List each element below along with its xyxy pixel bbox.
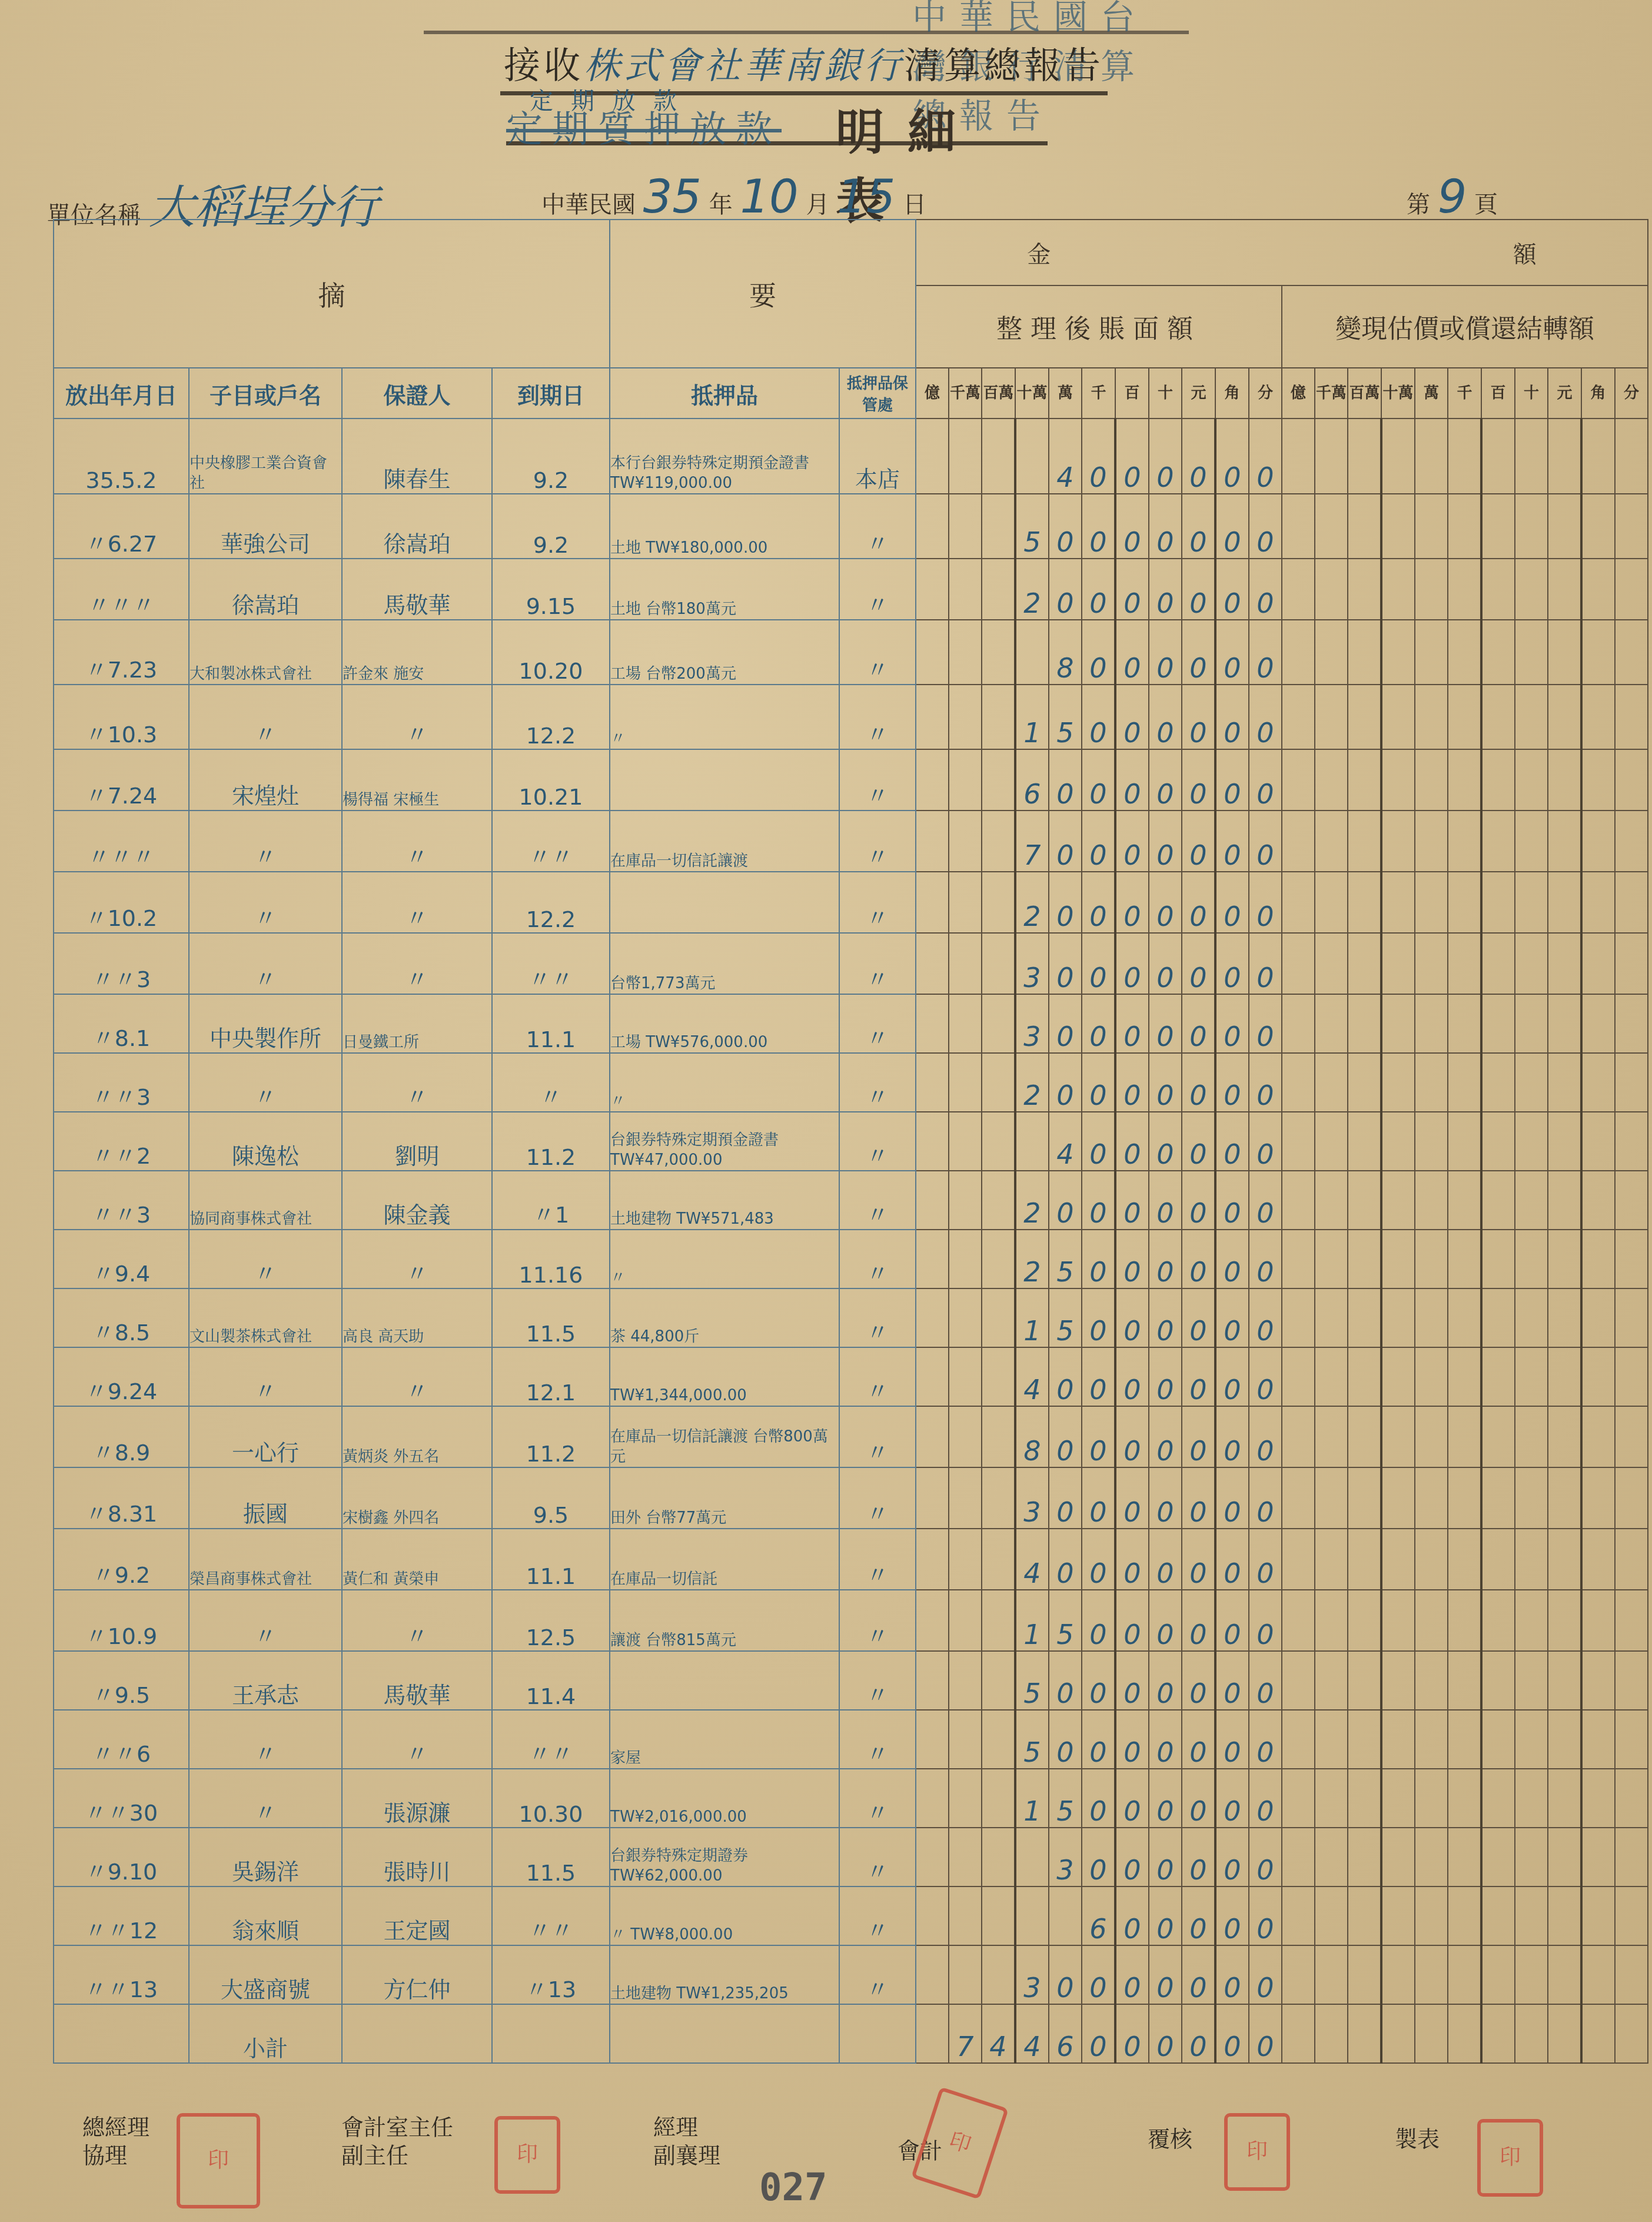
book-value-digit — [982, 1710, 1015, 1769]
book-value-digit: 0 — [1215, 1945, 1249, 2004]
realizable-digit — [1481, 933, 1515, 994]
summary-header-right: 要 — [610, 220, 916, 368]
book-value-digit: 0 — [1049, 1529, 1082, 1590]
book-value-digit: 0 — [1082, 1112, 1115, 1171]
book-value-digit: 0 — [1182, 1230, 1215, 1288]
book-value-digit: 0 — [1215, 1651, 1249, 1710]
realizable-digit — [1448, 1828, 1481, 1886]
realizable-digit — [1515, 749, 1548, 811]
book-value-digit — [916, 685, 949, 749]
realizable-digit — [1282, 1828, 1315, 1886]
book-value-digit: 0 — [1215, 811, 1249, 872]
book-value-digit: 0 — [1082, 1347, 1115, 1406]
book-value-digit — [949, 1651, 982, 1710]
book-value-digit: 0 — [1115, 749, 1149, 811]
col-loan-date: 放出年月日 — [54, 368, 189, 419]
realizable-digit — [1315, 419, 1348, 494]
book-value-digit — [916, 559, 949, 620]
subtotal-digit: 0 — [1115, 2004, 1149, 2063]
realizable-digit — [1415, 872, 1448, 933]
book-value-digit — [949, 1769, 982, 1828]
custody-cell: 〃 — [839, 1467, 916, 1529]
account-name-cell: 大盛商號 — [189, 1945, 342, 2004]
realizable-digit — [1282, 1288, 1315, 1347]
loan-date-cell: 〃8.9 — [54, 1406, 189, 1467]
custody-cell: 〃 — [839, 685, 916, 749]
realizable-digit — [1481, 1710, 1515, 1769]
realizable-digit — [1348, 419, 1381, 494]
realizable-digit — [1282, 494, 1315, 559]
book-value-digit — [982, 872, 1015, 933]
realizable-digit — [1515, 811, 1548, 872]
realizable-digit — [1315, 1529, 1348, 1590]
book-value-digit: 0 — [1182, 933, 1215, 994]
realizable-digit — [1481, 1945, 1515, 2004]
book-value-digit — [949, 933, 982, 994]
realizable-digit — [1448, 1112, 1481, 1171]
book-value-digit — [949, 994, 982, 1053]
book-value-digit: 0 — [1215, 1288, 1249, 1347]
loan-date-cell: 〃8.5 — [54, 1288, 189, 1347]
account-name-cell: 文山製茶株式會社 — [189, 1288, 342, 1347]
summary-header-left: 摘 — [54, 220, 610, 368]
custody-cell: 〃 — [839, 933, 916, 994]
book-value-digit: 6 — [1015, 749, 1049, 811]
subtotal-digit: 0 — [1249, 2004, 1282, 2063]
realizable-digit — [1381, 1945, 1415, 2004]
bank-name-handwritten: 株式會社華南銀行 — [584, 44, 904, 87]
collateral-cell: 在庫品一切信託讓渡 台幣800萬元 — [610, 1406, 839, 1467]
book-value-digit: 0 — [1115, 1886, 1149, 1945]
custody-cell: 〃 — [839, 811, 916, 872]
book-value-digit: 0 — [1249, 1230, 1282, 1288]
realizable-digit — [1315, 1769, 1348, 1828]
book-value-digit: 3 — [1015, 933, 1049, 994]
subtotal-digit — [916, 2004, 949, 2063]
realizable-digit — [1515, 1710, 1548, 1769]
book-value-digit: 3 — [1015, 1467, 1049, 1529]
realizable-digit — [1515, 494, 1548, 559]
guarantor-cell: 〃 — [342, 1710, 492, 1769]
realizable-digit — [1615, 811, 1648, 872]
realizable-digit — [1315, 749, 1348, 811]
realizable-digit — [1615, 933, 1648, 994]
guarantor-cell: 〃 — [342, 1590, 492, 1651]
due-date-cell: 9.15 — [492, 559, 610, 620]
book-value-digit: 3 — [1015, 1945, 1049, 2004]
book-value-digit — [982, 1590, 1015, 1651]
realizable-digit — [1515, 685, 1548, 749]
book-value-digit: 0 — [1115, 1945, 1149, 2004]
realizable-digit — [1448, 1769, 1481, 1828]
realizable-digit — [1315, 1171, 1348, 1230]
realizable-digit — [1315, 1710, 1348, 1769]
realizable-digit — [1381, 1529, 1415, 1590]
realizable-digit — [1615, 494, 1648, 559]
realizable-digit — [1448, 494, 1481, 559]
book-value-digit: 0 — [1115, 620, 1149, 685]
realizable-digit — [1381, 1769, 1415, 1828]
custody-cell: 〃 — [839, 1710, 916, 1769]
title-struck-text: 定期質押放款 — [506, 100, 782, 152]
book-value-digit: 0 — [1182, 1769, 1215, 1828]
realizable-digit — [1348, 933, 1381, 994]
realizable-digit — [1448, 1945, 1481, 2004]
custody-cell: 〃 — [839, 1112, 916, 1171]
book-value-digit: 0 — [1182, 872, 1215, 933]
book-value-digit — [982, 1886, 1015, 1945]
guarantor-cell: 陳春生 — [342, 419, 492, 494]
realizable-digit — [1348, 1945, 1381, 2004]
loan-date-cell: 〃9.10 — [54, 1828, 189, 1886]
realizable-digit — [1448, 811, 1481, 872]
book-value-digit — [982, 811, 1015, 872]
book-value-digit: 0 — [1182, 1112, 1215, 1171]
collateral-cell: 〃 — [610, 1230, 839, 1288]
realizable-digit — [1581, 749, 1615, 811]
realizable-digit — [1615, 1590, 1648, 1651]
realizable-digit — [1581, 685, 1615, 749]
book-value-digit: 0 — [1215, 494, 1249, 559]
document-number-stamp: 027 — [759, 2166, 827, 2210]
guarantor-cell: 黃仁和 黃榮申 — [342, 1529, 492, 1590]
realizable-digit — [1448, 1710, 1481, 1769]
realizable-digit — [1282, 749, 1315, 811]
book-value-digit: 0 — [1249, 1710, 1282, 1769]
book-value-digit: 0 — [1082, 1769, 1115, 1828]
realizable-digit — [1415, 620, 1448, 685]
realizable-digit — [1381, 1467, 1415, 1529]
realizable-digit — [1481, 1053, 1515, 1112]
book-value-digit: 4 — [1049, 419, 1082, 494]
book-value-digit: 0 — [1049, 1467, 1082, 1529]
loan-date-cell: 〃7.23 — [54, 620, 189, 685]
book-value-digit: 5 — [1015, 1651, 1049, 1710]
subtotal-label: 小計 — [189, 2004, 342, 2063]
account-name-cell: 〃 — [189, 1590, 342, 1651]
book-value-digit — [982, 1945, 1015, 2004]
realizable-digit — [1581, 1053, 1615, 1112]
book-value-header: 整理後賬面額 — [916, 285, 1282, 368]
digit-header-realizable: 分 — [1615, 368, 1648, 419]
book-value-digit — [916, 1590, 949, 1651]
digit-header: 分 — [1249, 368, 1282, 419]
digit-header-realizable: 十 — [1515, 368, 1548, 419]
book-value-digit — [949, 685, 982, 749]
realizable-digit — [1348, 1590, 1381, 1651]
due-date-cell: 9.2 — [492, 494, 610, 559]
realizable-digit — [1615, 1053, 1648, 1112]
book-value-digit — [916, 749, 949, 811]
realizable-digit — [1381, 872, 1415, 933]
book-value-digit: 0 — [1249, 1651, 1282, 1710]
guarantor-cell: 高良 高天助 — [342, 1288, 492, 1347]
realizable-digit — [1381, 559, 1415, 620]
account-name-cell: 徐嵩珀 — [189, 559, 342, 620]
realizable-value-header: 變現估價或償還結轉額 — [1282, 285, 1648, 368]
table-row: 〃6.27華強公司徐嵩珀9.2土地 TW¥180,000.00〃50000000 — [54, 494, 1648, 559]
custody-cell: 本店 — [839, 419, 916, 494]
realizable-digit — [1282, 559, 1315, 620]
realizable-digit — [1581, 1171, 1615, 1230]
account-name-cell: 榮昌商事株式會社 — [189, 1529, 342, 1590]
book-value-digit: 5 — [1049, 1769, 1082, 1828]
realizable-digit — [1415, 1406, 1448, 1467]
realizable-digit — [1381, 620, 1415, 685]
due-date-cell: 10.30 — [492, 1769, 610, 1828]
book-value-digit — [982, 620, 1015, 685]
book-value-digit: 0 — [1149, 1288, 1182, 1347]
realizable-digit — [1515, 1529, 1548, 1590]
custody-cell: 〃 — [839, 749, 916, 811]
book-value-digit: 0 — [1115, 1467, 1149, 1529]
table-row: 35.5.2中央橡膠工業合資會社陳春生9.2本行台銀券特殊定期預金證書 TW¥1… — [54, 419, 1648, 494]
realizable-digit — [1615, 1112, 1648, 1171]
book-value-digit: 0 — [1182, 494, 1215, 559]
realizable-digit — [1315, 559, 1348, 620]
realizable-digit — [1381, 1053, 1415, 1112]
loan-date-cell: 〃9.5 — [54, 1651, 189, 1710]
loan-detail-table: 摘 要 金 額 整理後賬面額 變現估價或償還結轉額 放出年月日 子目或戶名 保證… — [53, 219, 1648, 2064]
realizable-digit — [1581, 1886, 1615, 1945]
realizable-digit — [1481, 1651, 1515, 1710]
realizable-digit — [1481, 1769, 1515, 1828]
realizable-digit — [1615, 872, 1648, 933]
realizable-digit — [1548, 559, 1581, 620]
realizable-digit — [1615, 1651, 1648, 1710]
book-value-digit — [916, 811, 949, 872]
realizable-digit — [1515, 933, 1548, 994]
collateral-cell — [610, 749, 839, 811]
collateral-cell: 在庫品一切信託 — [610, 1529, 839, 1590]
book-value-digit — [949, 1230, 982, 1288]
book-value-digit — [916, 1651, 949, 1710]
collateral-cell: 台銀券特殊定期證券 TW¥62,000.00 — [610, 1828, 839, 1886]
book-value-digit: 2 — [1015, 1053, 1049, 1112]
realizable-digit — [1448, 1406, 1481, 1467]
realizable-digit — [1415, 494, 1448, 559]
realizable-digit — [1415, 1467, 1448, 1529]
book-value-digit: 0 — [1149, 1529, 1182, 1590]
collateral-cell: 讓渡 台幣815萬元 — [610, 1590, 839, 1651]
book-value-digit: 4 — [1049, 1112, 1082, 1171]
guarantor-cell: 張時川 — [342, 1828, 492, 1886]
realizable-digit — [1481, 1112, 1515, 1171]
realizable-digit — [1481, 685, 1515, 749]
book-value-digit: 0 — [1215, 1886, 1249, 1945]
custody-cell: 〃 — [839, 1945, 916, 2004]
book-value-digit: 0 — [1182, 419, 1215, 494]
subtotal-digit: 0 — [1149, 2004, 1182, 2063]
book-value-digit: 0 — [1082, 419, 1115, 494]
signoff-general-manager: 總經理 協理 — [82, 2113, 159, 2170]
realizable-digit — [1381, 1406, 1415, 1467]
realizable-digit — [1515, 1590, 1548, 1651]
book-value-digit: 0 — [1082, 872, 1115, 933]
book-value-digit — [1015, 419, 1049, 494]
book-value-digit: 0 — [1249, 1590, 1282, 1651]
realizable-digit — [1581, 1406, 1615, 1467]
realizable-digit — [1348, 749, 1381, 811]
realizable-digit — [1448, 994, 1481, 1053]
realizable-digit — [1282, 1230, 1315, 1288]
book-value-digit: 0 — [1182, 994, 1215, 1053]
realizable-digit — [1315, 1230, 1348, 1288]
book-value-digit: 0 — [1182, 1710, 1215, 1769]
realizable-digit — [1282, 1406, 1315, 1467]
guarantor-cell: 〃 — [342, 872, 492, 933]
book-value-digit: 0 — [1249, 994, 1282, 1053]
realizable-digit — [1481, 1886, 1515, 1945]
realizable-digit — [1348, 1828, 1381, 1886]
book-value-digit: 0 — [1082, 494, 1115, 559]
account-name-cell: 〃 — [189, 1710, 342, 1769]
book-value-digit: 0 — [1249, 872, 1282, 933]
realizable-digit — [1415, 1288, 1448, 1347]
book-value-digit: 1 — [1015, 685, 1049, 749]
guarantor-cell: 〃 — [342, 1347, 492, 1406]
realizable-digit — [1515, 1651, 1548, 1710]
realizable-digit — [1348, 994, 1381, 1053]
realizable-digit — [1548, 419, 1581, 494]
book-value-digit: 0 — [1215, 1406, 1249, 1467]
realizable-digit — [1448, 749, 1481, 811]
book-value-digit: 0 — [1149, 872, 1182, 933]
table-row: 〃9.10吳錫洋張時川11.5台銀券特殊定期證券 TW¥62,000.00〃30… — [54, 1828, 1648, 1886]
realizable-digit — [1548, 1710, 1581, 1769]
book-value-digit: 4 — [1015, 1347, 1049, 1406]
due-date-cell: 12.2 — [492, 685, 610, 749]
realizable-digit — [1615, 1945, 1648, 2004]
realizable-digit — [1315, 933, 1348, 994]
realizable-digit — [1581, 1288, 1615, 1347]
digit-header: 元 — [1182, 368, 1215, 419]
realizable-digit — [1415, 811, 1448, 872]
realizable-digit — [1581, 1347, 1615, 1406]
due-date-cell: 10.21 — [492, 749, 610, 811]
book-value-digit — [916, 872, 949, 933]
realizable-digit — [1615, 749, 1648, 811]
subtotal-digit: 0 — [1215, 2004, 1249, 2063]
account-name-cell: 吳錫洋 — [189, 1828, 342, 1886]
collateral-cell — [610, 872, 839, 933]
due-date-cell: 11.5 — [492, 1288, 610, 1347]
book-value-digit — [982, 933, 1015, 994]
custody-cell: 〃 — [839, 1406, 916, 1467]
book-value-digit: 0 — [1182, 559, 1215, 620]
realizable-digit — [1415, 1886, 1448, 1945]
col-due-date: 到期日 — [492, 368, 610, 419]
realizable-digit — [1515, 1828, 1548, 1886]
book-value-digit: 0 — [1115, 494, 1149, 559]
book-value-digit: 0 — [1249, 1467, 1282, 1529]
realizable-digit — [1448, 1590, 1481, 1651]
account-name-cell: 陳逸松 — [189, 1112, 342, 1171]
realizable-digit — [1581, 1769, 1615, 1828]
col-guarantor: 保證人 — [342, 368, 492, 419]
realizable-digit — [1381, 811, 1415, 872]
table-row: 〃〃3〃〃〃〃〃20000000 — [54, 1053, 1648, 1112]
table-row: 〃〃13大盛商號方仁仲〃13土地建物 TW¥1,235,205〃30000000 — [54, 1945, 1648, 2004]
realizable-digit — [1548, 1230, 1581, 1288]
loan-date-cell: 〃〃〃 — [54, 811, 189, 872]
realizable-digit — [1381, 1288, 1415, 1347]
book-value-digit: 0 — [1082, 933, 1115, 994]
book-value-digit: 0 — [1082, 1230, 1115, 1288]
realizable-digit — [1348, 1769, 1381, 1828]
realizable-digit — [1415, 419, 1448, 494]
custody-cell: 〃 — [839, 1529, 916, 1590]
book-value-digit — [982, 1171, 1015, 1230]
realizable-digit — [1448, 1651, 1481, 1710]
realizable-digit — [1282, 685, 1315, 749]
book-value-digit: 0 — [1249, 1529, 1282, 1590]
book-value-digit: 0 — [1149, 1053, 1182, 1112]
digit-header-realizable: 角 — [1581, 368, 1615, 419]
realizable-digit — [1615, 419, 1648, 494]
realizable-digit — [1581, 1529, 1615, 1590]
realizable-digit — [1548, 1769, 1581, 1828]
realizable-digit — [1315, 620, 1348, 685]
realizable-digit — [1448, 1171, 1481, 1230]
book-value-digit: 0 — [1049, 811, 1082, 872]
book-value-digit: 0 — [1149, 620, 1182, 685]
book-value-digit — [982, 1347, 1015, 1406]
book-value-digit — [916, 1171, 949, 1230]
collateral-cell: 土地 TW¥180,000.00 — [610, 494, 839, 559]
book-value-digit — [982, 1651, 1015, 1710]
book-value-digit: 0 — [1049, 749, 1082, 811]
realizable-digit — [1615, 1171, 1648, 1230]
realizable-digit — [1348, 1053, 1381, 1112]
book-value-digit: 0 — [1149, 1651, 1182, 1710]
guarantor-cell: 張源濂 — [342, 1769, 492, 1828]
book-value-digit: 0 — [1215, 1053, 1249, 1112]
loan-date-cell: 〃7.24 — [54, 749, 189, 811]
realizable-digit — [1282, 1171, 1315, 1230]
realizable-digit — [1515, 1112, 1548, 1171]
book-value-digit: 1 — [1015, 1288, 1049, 1347]
subtotal-realizable-digit — [1282, 2004, 1315, 2063]
book-value-digit: 3 — [1015, 994, 1049, 1053]
guarantor-cell: 方仁仲 — [342, 1945, 492, 2004]
loan-date-cell: 〃〃〃 — [54, 559, 189, 620]
loan-date-cell: 〃〃12 — [54, 1886, 189, 1945]
realizable-digit — [1282, 994, 1315, 1053]
custody-cell: 〃 — [839, 1590, 916, 1651]
custody-cell: 〃 — [839, 994, 916, 1053]
custody-cell: 〃 — [839, 1230, 916, 1288]
account-name-cell: 一心行 — [189, 1406, 342, 1467]
book-value-digit — [949, 872, 982, 933]
table-row: 〃〃3協同商事株式會社陳金義〃1土地建物 TW¥571,483〃20000000 — [54, 1171, 1648, 1230]
book-value-digit: 0 — [1149, 1710, 1182, 1769]
realizable-digit — [1282, 620, 1315, 685]
due-date-cell: 11.1 — [492, 994, 610, 1053]
col-account-name: 子目或戶名 — [189, 368, 342, 419]
realizable-digit — [1381, 1590, 1415, 1651]
realizable-digit — [1481, 1288, 1515, 1347]
custody-cell: 〃 — [839, 1828, 916, 1886]
book-value-digit — [982, 559, 1015, 620]
collateral-cell: 〃 — [610, 685, 839, 749]
realizable-digit — [1348, 1467, 1381, 1529]
book-value-digit: 0 — [1215, 749, 1249, 811]
realizable-digit — [1282, 1945, 1315, 2004]
book-value-digit: 0 — [1115, 1171, 1149, 1230]
due-date-cell: 〃1 — [492, 1171, 610, 1230]
guarantor-cell: 徐嵩珀 — [342, 494, 492, 559]
